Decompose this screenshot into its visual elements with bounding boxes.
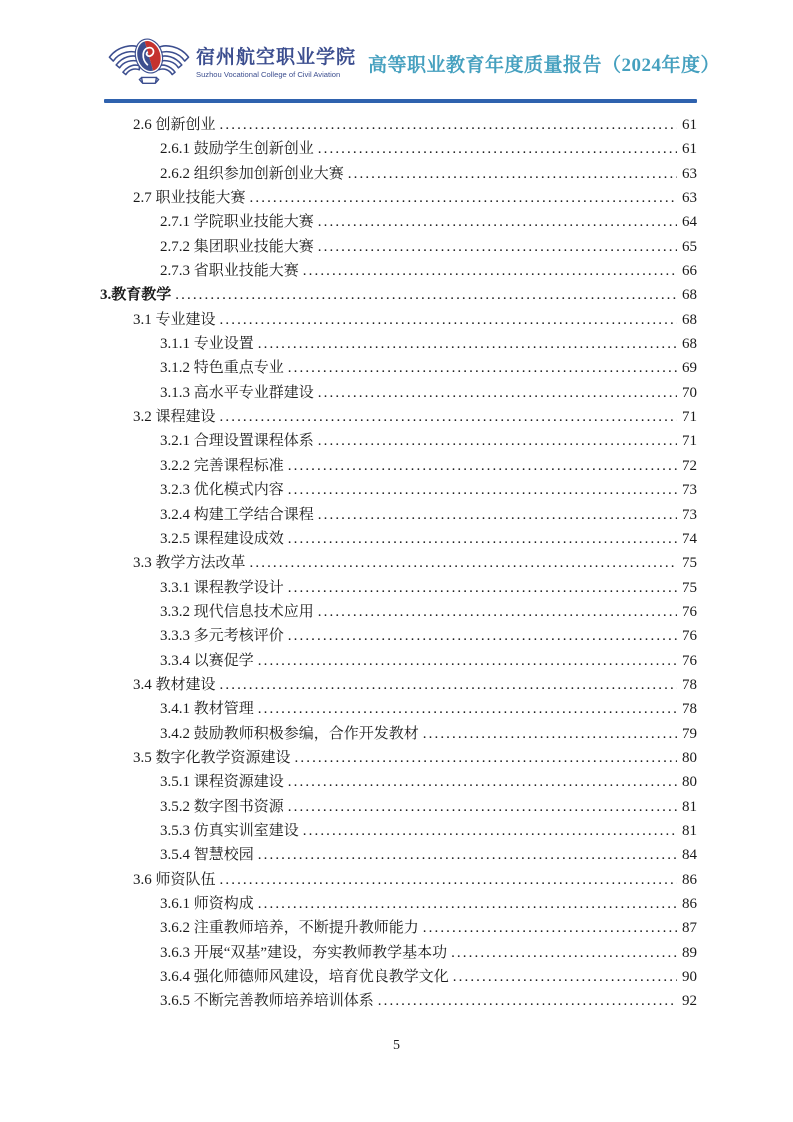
toc-entry-label: 2.6 创新创业 <box>133 113 216 137</box>
toc-dot-leader <box>258 649 677 673</box>
toc-entry-label: 3.2.1 合理设置课程体系 <box>160 429 314 453</box>
toc-entry-page: 70 <box>680 381 697 405</box>
toc-entry-page: 75 <box>680 551 697 575</box>
toc-entry: 3.1.1 专业设置68 <box>100 332 697 356</box>
toc-entry-label: 3.6.4 强化师德师风建设，培育优良教学文化 <box>160 965 449 989</box>
toc-entry: 2.6.2 组织参加创新创业大赛63 <box>100 162 697 186</box>
toc-dot-leader <box>303 819 677 843</box>
toc-dot-leader <box>258 892 677 916</box>
toc-entry-page: 75 <box>680 576 697 600</box>
toc-dot-leader <box>220 673 677 697</box>
toc-entry: 3.教育教学68 <box>100 283 697 307</box>
toc-entry-label: 3.教育教学 <box>100 283 171 307</box>
toc-entry-page: 78 <box>680 673 697 697</box>
toc-entry-page: 80 <box>680 746 697 770</box>
toc-dot-leader <box>220 868 677 892</box>
toc-entry-label: 3.5.2 数字图书资源 <box>160 795 284 819</box>
toc-entry-page: 71 <box>680 429 697 453</box>
toc-entry: 2.6.1 鼓励学生创新创业61 <box>100 137 697 161</box>
toc-dot-leader <box>288 770 677 794</box>
toc-entry-label: 3.1.2 特色重点专业 <box>160 356 284 380</box>
toc-dot-leader <box>303 259 677 283</box>
toc-dot-leader <box>318 381 677 405</box>
toc-entry-page: 63 <box>680 162 697 186</box>
toc-entry: 3.6 师资队伍86 <box>100 868 697 892</box>
toc-dot-leader <box>258 697 677 721</box>
toc-entry-page: 76 <box>680 600 697 624</box>
toc-entry: 3.5.3 仿真实训室建设81 <box>100 819 697 843</box>
toc-entry-page: 86 <box>680 892 697 916</box>
toc-entry: 3.3.3 多元考核评价76 <box>100 624 697 648</box>
toc-entry-label: 3.3.4 以赛促学 <box>160 649 254 673</box>
toc-entry: 3.4.2 鼓励教师积极参编，合作开发教材79 <box>100 722 697 746</box>
toc-dot-leader <box>318 210 677 234</box>
toc-entry-label: 3.6.3 开展“双基”建设，夯实教师教学基本功 <box>160 941 447 965</box>
toc-entry-label: 3.5.3 仿真实训室建设 <box>160 819 299 843</box>
toc-entry-label: 2.7.2 集团职业技能大赛 <box>160 235 314 259</box>
toc-entry: 3.6.1 师资构成86 <box>100 892 697 916</box>
toc-entry: 3.2.4 构建工学结合课程73 <box>100 503 697 527</box>
toc-entry-page: 61 <box>680 137 697 161</box>
toc-entry-label: 2.6.2 组织参加创新创业大赛 <box>160 162 344 186</box>
toc-entry-label: 3.5.4 智慧校园 <box>160 843 254 867</box>
toc-dot-leader <box>423 916 677 940</box>
toc-entry: 3.4 教材建设78 <box>100 673 697 697</box>
toc-entry: 3.2.1 合理设置课程体系71 <box>100 429 697 453</box>
toc-dot-leader <box>220 113 677 137</box>
toc-entry-label: 2.7.1 学院职业技能大赛 <box>160 210 314 234</box>
toc-entry-label: 3.4 教材建设 <box>133 673 216 697</box>
toc-entry-page: 68 <box>680 283 697 307</box>
toc-entry: 3.5.4 智慧校园84 <box>100 843 697 867</box>
toc-entry-label: 3.6.1 师资构成 <box>160 892 254 916</box>
toc-entry-label: 3.3.3 多元考核评价 <box>160 624 284 648</box>
toc-entry-label: 3.3 教学方法改革 <box>133 551 246 575</box>
toc-entry-page: 76 <box>680 649 697 673</box>
toc-entry-label: 3.6.2 注重教师培养，不断提升教师能力 <box>160 916 419 940</box>
toc-entry-page: 64 <box>680 210 697 234</box>
toc-entry-page: 81 <box>680 795 697 819</box>
toc-entry-page: 76 <box>680 624 697 648</box>
toc-entry-page: 79 <box>680 722 697 746</box>
toc-entry-label: 3.2.2 完善课程标准 <box>160 454 284 478</box>
toc-entry-label: 3.5 数字化教学资源建设 <box>133 746 291 770</box>
toc-entry: 3.3.1 课程教学设计75 <box>100 576 697 600</box>
toc-entry: 3.2.5 课程建设成效74 <box>100 527 697 551</box>
toc-entry-page: 84 <box>680 843 697 867</box>
toc-dot-leader <box>288 454 677 478</box>
toc-entry-page: 73 <box>680 503 697 527</box>
toc-entry-label: 3.4.1 教材管理 <box>160 697 254 721</box>
toc-entry: 3.6.5 不断完善教师培养培训体系92 <box>100 989 697 1013</box>
toc-entry: 3.5.2 数字图书资源81 <box>100 795 697 819</box>
toc-entry-label: 3.6 师资队伍 <box>133 868 216 892</box>
toc-entry: 3.2.3 优化模式内容73 <box>100 478 697 502</box>
toc-entry-page: 86 <box>680 868 697 892</box>
toc-dot-leader <box>175 283 677 307</box>
toc-entry-label: 3.6.5 不断完善教师培养培训体系 <box>160 989 374 1013</box>
toc-dot-leader <box>318 235 677 259</box>
toc-dot-leader <box>348 162 677 186</box>
toc-dot-leader <box>318 600 677 624</box>
toc-entry-label: 2.6.1 鼓励学生创新创业 <box>160 137 314 161</box>
toc-entry-page: 74 <box>680 527 697 551</box>
college-name-zh: 宿州航空职业学院 <box>196 47 356 69</box>
toc-entry-label: 3.2.4 构建工学结合课程 <box>160 503 314 527</box>
report-title: 高等职业教育年度质量报告（2024年度） <box>368 50 720 77</box>
toc-entry-page: 81 <box>680 819 697 843</box>
toc-entry-label: 3.1.1 专业设置 <box>160 332 254 356</box>
toc-entry-page: 73 <box>680 478 697 502</box>
toc-dot-leader <box>318 503 677 527</box>
toc-entry-label: 3.2 课程建设 <box>133 405 216 429</box>
toc-entry: 3.1.3 高水平专业群建设70 <box>100 381 697 405</box>
toc-entry: 3.4.1 教材管理78 <box>100 697 697 721</box>
toc-entry-label: 2.7 职业技能大赛 <box>133 186 246 210</box>
toc-entry: 2.6 创新创业61 <box>100 113 697 137</box>
toc-entry: 3.3.2 现代信息技术应用76 <box>100 600 697 624</box>
toc-entry: 3.1.2 特色重点专业69 <box>100 356 697 380</box>
toc-entry: 3.5 数字化教学资源建设80 <box>100 746 697 770</box>
toc-dot-leader <box>423 722 677 746</box>
toc-entry: 3.6.3 开展“双基”建设，夯实教师教学基本功89 <box>100 941 697 965</box>
toc-entry-page: 63 <box>680 186 697 210</box>
toc-list: 2.6 创新创业612.6.1 鼓励学生创新创业612.6.2 组织参加创新创业… <box>100 113 697 1014</box>
toc-entry-page: 68 <box>680 332 697 356</box>
toc-dot-leader <box>288 527 677 551</box>
toc-entry-page: 71 <box>680 405 697 429</box>
college-name-en: Suzhou Vocational College of Civil Aviat… <box>196 70 356 79</box>
college-name-block: 宿州航空职业学院 Suzhou Vocational College of Ci… <box>196 47 356 79</box>
toc-dot-leader <box>453 965 677 989</box>
toc-dot-leader <box>318 137 677 161</box>
toc-entry-label: 3.3.1 课程教学设计 <box>160 576 284 600</box>
toc-entry-label: 3.3.2 现代信息技术应用 <box>160 600 314 624</box>
toc-dot-leader <box>295 746 677 770</box>
toc-dot-leader <box>258 843 677 867</box>
document-page: 宿州航空职业学院 Suzhou Vocational College of Ci… <box>0 0 793 1122</box>
toc-entry: 3.6.4 强化师德师风建设，培育优良教学文化90 <box>100 965 697 989</box>
toc-entry: 3.5.1 课程资源建设80 <box>100 770 697 794</box>
toc-entry: 2.7.2 集团职业技能大赛65 <box>100 235 697 259</box>
toc-entry-label: 3.2.5 课程建设成效 <box>160 527 284 551</box>
toc-dot-leader <box>288 795 677 819</box>
toc-dot-leader <box>250 551 677 575</box>
toc-entry-page: 80 <box>680 770 697 794</box>
toc-entry-label: 3.5.1 课程资源建设 <box>160 770 284 794</box>
toc-entry-label: 2.7.3 省职业技能大赛 <box>160 259 299 283</box>
toc-entry-label: 3.1 专业建设 <box>133 308 216 332</box>
toc-dot-leader <box>220 308 677 332</box>
toc-entry: 2.7.1 学院职业技能大赛64 <box>100 210 697 234</box>
toc-entry-page: 78 <box>680 697 697 721</box>
toc-entry-page: 92 <box>680 989 697 1013</box>
toc-entry: 2.7.3 省职业技能大赛66 <box>100 259 697 283</box>
toc-entry-page: 65 <box>680 235 697 259</box>
page-header: 宿州航空职业学院 Suzhou Vocational College of Ci… <box>0 0 793 92</box>
toc-entry: 3.6.2 注重教师培养，不断提升教师能力87 <box>100 916 697 940</box>
toc-dot-leader <box>378 989 677 1013</box>
page-footer: 5 <box>0 1038 793 1054</box>
toc-dot-leader <box>220 405 677 429</box>
toc-dot-leader <box>451 941 677 965</box>
toc-entry-label: 3.1.3 高水平专业群建设 <box>160 381 314 405</box>
toc-entry-page: 61 <box>680 113 697 137</box>
toc-entry-page: 90 <box>680 965 697 989</box>
toc-dot-leader <box>250 186 677 210</box>
toc-entry: 3.2.2 完善课程标准72 <box>100 454 697 478</box>
toc-entry: 3.3 教学方法改革75 <box>100 551 697 575</box>
toc-dot-leader <box>288 356 677 380</box>
toc-dot-leader <box>288 478 677 502</box>
toc-entry-page: 66 <box>680 259 697 283</box>
toc-dot-leader <box>258 332 677 356</box>
toc-dot-leader <box>288 576 677 600</box>
toc-dot-leader <box>318 429 677 453</box>
toc-entry-page: 89 <box>680 941 697 965</box>
toc-entry: 2.7 职业技能大赛63 <box>100 186 697 210</box>
college-wings-emblem-icon <box>106 35 192 91</box>
toc-dot-leader <box>288 624 677 648</box>
header-divider <box>104 99 697 103</box>
toc-entry: 3.1 专业建设68 <box>100 308 697 332</box>
toc-entry-label: 3.4.2 鼓励教师积极参编，合作开发教材 <box>160 722 419 746</box>
page-number: 5 <box>393 1038 400 1053</box>
toc-entry-label: 3.2.3 优化模式内容 <box>160 478 284 502</box>
toc-entry-page: 87 <box>680 916 697 940</box>
toc-entry-page: 72 <box>680 454 697 478</box>
toc-entry-page: 68 <box>680 308 697 332</box>
toc-entry: 3.3.4 以赛促学76 <box>100 649 697 673</box>
toc-entry-page: 69 <box>680 356 697 380</box>
toc-entry: 3.2 课程建设71 <box>100 405 697 429</box>
